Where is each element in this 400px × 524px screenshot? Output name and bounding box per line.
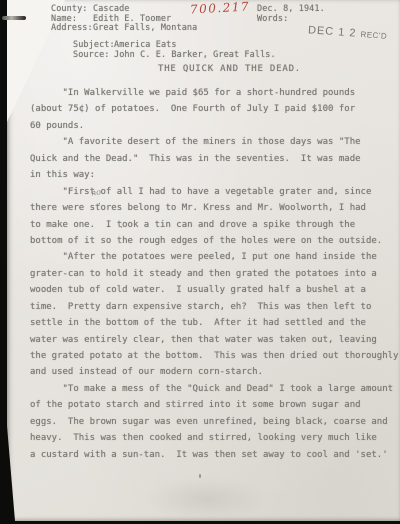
- document-page: County: Cascade Dec. 8, 1941. Name: Edit…: [7, 0, 400, 521]
- scan-edge-mark: [2, 16, 26, 20]
- name-label: Name:: [51, 14, 77, 24]
- body-line: wooden tub of cold water. I usually grat…: [30, 282, 400, 298]
- body-line: "After the potatoes were peeled, I put o…: [30, 249, 400, 265]
- source-label: Source:: [73, 50, 110, 60]
- body-line: a custard with a sun-tan. It was then se…: [30, 447, 400, 463]
- scanned-document: County: Cascade Dec. 8, 1941. Name: Edit…: [0, 0, 400, 524]
- body-line: "In Walkerville we paid $65 for a short-…: [30, 85, 400, 101]
- county-label: County:: [51, 4, 88, 14]
- body-line: heavy. This was then cooked and stirred,…: [30, 430, 400, 446]
- body-line: the grated potato at the bottom. This wa…: [30, 348, 400, 364]
- date-value: Dec. 8, 1941.: [257, 4, 325, 14]
- words-label: Words:: [257, 14, 288, 24]
- file-number-handwritten: 700.217: [190, 0, 251, 17]
- body-line: there were stores belong to Mr. Kress an…: [30, 200, 400, 216]
- address-value: Great Falls, Montana: [93, 23, 197, 33]
- document-title: THE QUICK AND THE DEAD.: [158, 64, 301, 74]
- subject-label: Subject:: [73, 40, 115, 50]
- body-line: of the potato starch and stirred into it…: [30, 397, 400, 413]
- body-line: to make one. I took a tin can and drove …: [30, 217, 400, 233]
- insertion-caret: ,: [97, 197, 102, 206]
- body-line: grater-can to hold it steady and then gr…: [30, 266, 400, 282]
- county-value: Cascade: [93, 4, 130, 14]
- body-line: Quick and the Dead." This was in the sev…: [30, 151, 400, 167]
- subject-value: America Eats: [114, 40, 177, 50]
- received-stamp: DEC 1 2 REC'D: [307, 20, 387, 43]
- body-line: eggs. The brown sugar was even unrefined…: [30, 414, 400, 430]
- received-stamp-recd: REC'D: [360, 30, 387, 41]
- page-corner-shadow: [7, 426, 15, 521]
- name-value: Edith E. Toomer: [93, 14, 171, 24]
- body-line: water was entirely clear, then that wate…: [30, 332, 400, 348]
- address-label: Address:: [51, 23, 93, 33]
- body-line: time. Pretty darn expensive starch, eh? …: [30, 299, 400, 315]
- body-line: 60 pounds.: [30, 118, 400, 134]
- body-line: in this way:: [30, 167, 400, 183]
- watermark-smudge: [147, 478, 267, 520]
- body-line: (about 75¢) of potatoes. One Fourth of J…: [30, 101, 400, 117]
- received-stamp-date: DEC 1 2: [308, 24, 361, 40]
- body-line: "First of all I had to have a vegetable …: [30, 184, 400, 200]
- document-body: "In Walkerville we paid $65 for a short-…: [30, 85, 400, 463]
- source-value: John C. E. Barker, Great Falls.: [114, 50, 276, 60]
- stray-mark: ': [119, 225, 124, 234]
- body-line: settle in the bottom of the tub. After i…: [30, 315, 400, 331]
- body-line: "A favorite desert of the miners in thos…: [30, 134, 400, 150]
- body-line: and used instead of our modern corn-star…: [30, 364, 400, 380]
- body-line: "To make a mess of the "Quick and Dead" …: [30, 381, 400, 397]
- body-line: bottom of it so the rough edges of the h…: [30, 233, 400, 249]
